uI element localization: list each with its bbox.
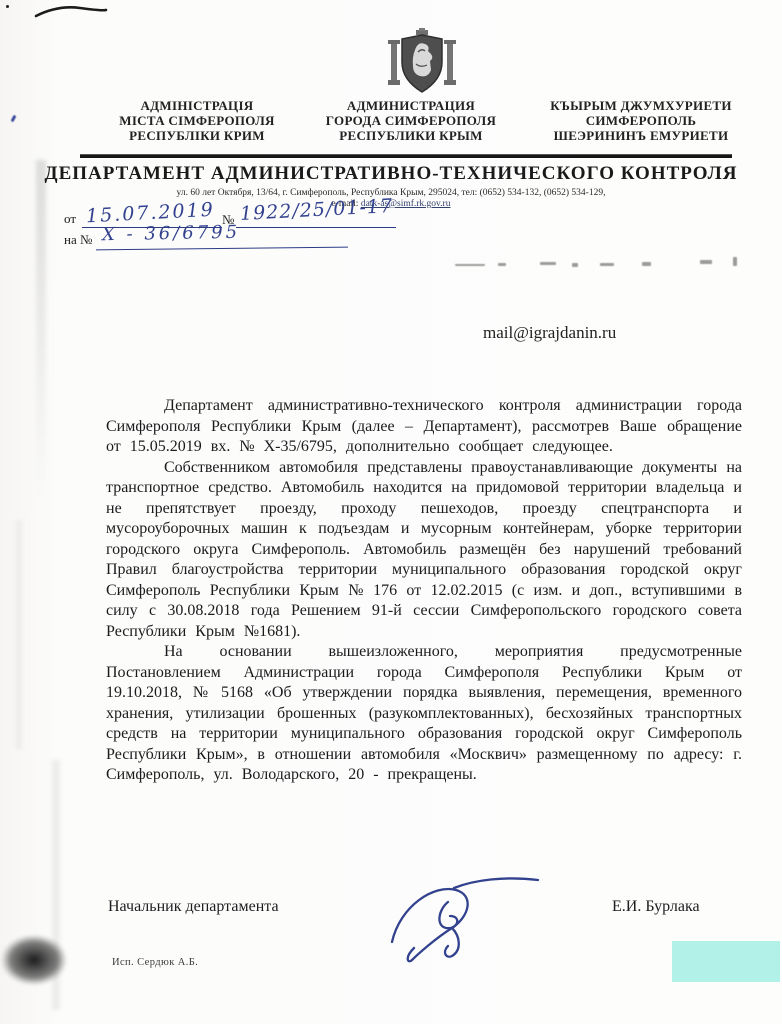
scan-artifact-smudged-text bbox=[540, 262, 556, 265]
scan-artifact-streak bbox=[52, 760, 60, 1010]
org-line: РЕСПУБЛІКИ КРИМ bbox=[88, 128, 306, 143]
org-line: ШЕЭРИНИНЪ ЕМУРИЕТИ bbox=[520, 128, 762, 143]
scan-artifact-smudged-text bbox=[455, 264, 485, 266]
scan-artifact-pen-mark bbox=[11, 115, 17, 123]
org-line: АДМИНИСТРАЦИЯ bbox=[306, 98, 516, 113]
department-title: ДЕПАРТАМЕНТ АДМИНИСТРАТИВНО-ТЕХНИЧЕСКОГО… bbox=[40, 163, 742, 185]
handwritten-incoming-number: Х - 36/6795 bbox=[102, 222, 240, 245]
org-name-crimean-tatar: КЪЫРЫМ ДЖУМХУРИЕТИ СИМФЕРОПОЛЬ ШЕЭРИНИНЪ… bbox=[520, 98, 762, 143]
recipient-email: mail@igrajdanin.ru bbox=[483, 323, 616, 343]
body-paragraph: Собственником автомобиля представлены пр… bbox=[106, 458, 742, 643]
ruled-line bbox=[82, 227, 222, 228]
scan-artifact-smudged-text bbox=[700, 260, 712, 264]
org-line: ГОРОДА СИМФЕРОПОЛЯ bbox=[306, 113, 516, 128]
scan-artifact-dot bbox=[6, 5, 9, 8]
letter-body: Департамент административно-технического… bbox=[106, 396, 742, 786]
scan-artifact-smudged-text bbox=[733, 257, 737, 266]
scan-artifact-streak bbox=[16, 520, 22, 750]
ruled-line bbox=[236, 227, 396, 228]
org-line: СИМФЕРОПОЛЬ bbox=[520, 113, 762, 128]
letterhead-divider bbox=[80, 154, 732, 158]
ruled-line bbox=[96, 247, 348, 251]
org-line: АДМІНІСТРАЦІЯ bbox=[88, 98, 306, 113]
scan-artifact-top-squiggle bbox=[28, 2, 108, 22]
body-paragraph: На основании вышеизложенного, мероприяти… bbox=[106, 642, 742, 786]
scan-artifact-smudged-text bbox=[600, 263, 614, 266]
signer-name: Е.И. Бурлака bbox=[612, 898, 700, 916]
signer-position-title: Начальник департамента bbox=[108, 898, 279, 916]
crimea-coat-of-arms-icon bbox=[372, 28, 472, 98]
ref-reply-label: на № bbox=[64, 232, 92, 248]
handwritten-signature-icon bbox=[378, 876, 548, 968]
body-paragraph: Департамент административно-технического… bbox=[106, 396, 742, 458]
ref-from-label: от bbox=[64, 211, 76, 227]
org-line: РЕСПУБЛИКИ КРЫМ bbox=[306, 128, 516, 143]
scan-artifact-streak bbox=[36, 160, 46, 500]
scan-artifact-smudged-text bbox=[572, 263, 578, 267]
scanned-letter-page: АДМІНІСТРАЦІЯ МІСТА СІМФЕРОПОЛЯ РЕСПУБЛІ… bbox=[0, 0, 782, 1024]
org-line: КЪЫРЫМ ДЖУМХУРИЕТИ bbox=[520, 98, 762, 113]
org-name-russian: АДМИНИСТРАЦИЯ ГОРОДА СИМФЕРОПОЛЯ РЕСПУБЛ… bbox=[306, 98, 516, 143]
scan-artifact-smudged-text bbox=[498, 263, 506, 266]
org-name-ukrainian: АДМІНІСТРАЦІЯ МІСТА СІМФЕРОПОЛЯ РЕСПУБЛІ… bbox=[88, 98, 306, 143]
sticky-note-overlay bbox=[672, 941, 780, 982]
scan-artifact-smudged-text bbox=[642, 262, 651, 266]
org-line: МІСТА СІМФЕРОПОЛЯ bbox=[88, 113, 306, 128]
scan-artifact-ink-blob bbox=[0, 928, 92, 1008]
executor-note: Исп. Сердюк А.Б. bbox=[112, 957, 198, 968]
